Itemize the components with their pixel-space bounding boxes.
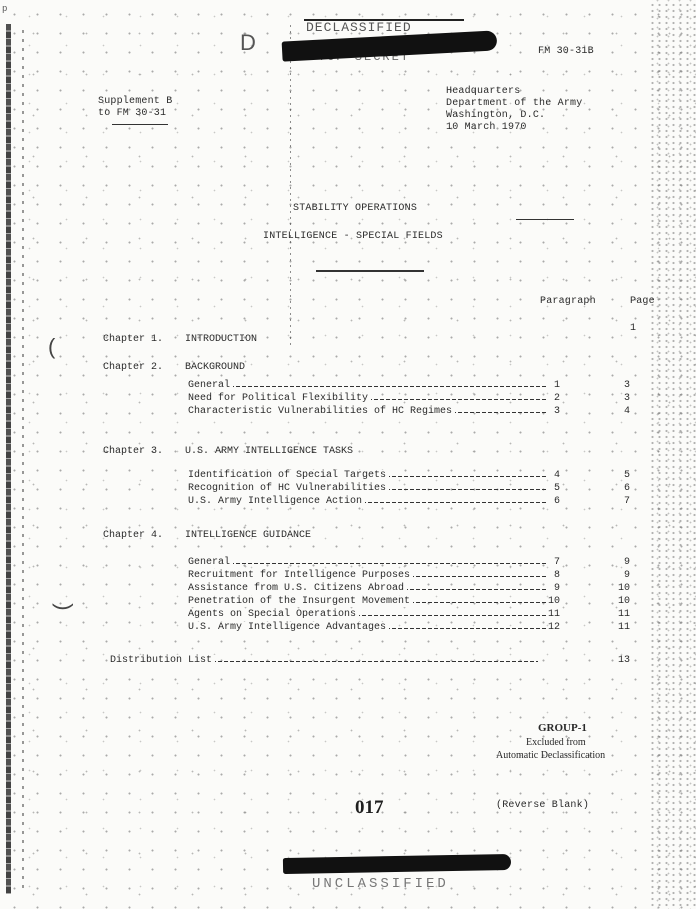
- supplement-line-2: to FM 30-31: [98, 108, 166, 119]
- declassified-stamp: DECLASSIFIED: [306, 20, 412, 35]
- stamp-letter: D: [240, 30, 256, 56]
- group-marking-line-3: Automatic Declassification: [496, 750, 605, 761]
- redaction-bar-bottom: [283, 854, 511, 874]
- toc-entry: U.S. Army Intelligence Action67: [188, 496, 608, 508]
- unclassified-stamp: UNCLASSIFIED: [312, 876, 449, 892]
- toc-entry: General13: [188, 380, 608, 392]
- group-marking: GROUP-1: [538, 722, 587, 734]
- toc-entry: Agents on Special Operations1111: [188, 609, 608, 621]
- chapter-title: BACKGROUND: [185, 362, 245, 373]
- group-marking-line-2: Excluded from: [526, 737, 586, 748]
- toc-entry: Assistance from U.S. Citizens Abroad910: [188, 583, 608, 595]
- scan-edge-noise: [648, 0, 696, 909]
- toc-chapter-2: Chapter 2.BACKGROUND: [103, 362, 245, 373]
- toc-entry: Need for Political Flexibility23: [188, 393, 608, 405]
- reverse-blank-note: (Reverse Blank): [496, 800, 589, 811]
- toc-entry: Identification of Special Targets45: [188, 470, 608, 482]
- toc-chapter-4: Chapter 4.INTELLIGENCE GUIDANCE: [103, 530, 311, 541]
- supplement-underline: [112, 124, 168, 125]
- toc-distribution-list: Distribution List13: [110, 655, 608, 667]
- chapter-label: Chapter 1.: [103, 334, 185, 345]
- supplement-line-1: Supplement B: [98, 96, 172, 107]
- column-header-page: Page: [630, 296, 655, 307]
- issuer-line-2: Department of the Army: [446, 98, 582, 109]
- column-header-paragraph: Paragraph: [540, 296, 596, 307]
- chapter-label: Chapter 3.: [103, 446, 185, 457]
- toc-chapter-3: Chapter 3.U.S. ARMY INTELLIGENCE TASKS: [103, 446, 353, 457]
- chapter-label: Chapter 2.: [103, 362, 185, 373]
- form-number: FM 30-31B: [538, 46, 594, 57]
- toc-entry: General79: [188, 557, 608, 569]
- chapter-title: U.S. ARMY INTELLIGENCE TASKS: [185, 446, 353, 457]
- toc-entry: Penetration of the Insurgent Movement101…: [188, 596, 608, 608]
- page-number: 017: [355, 797, 384, 819]
- chapter-label: Chapter 4.: [103, 530, 185, 541]
- chapter-1-page: 1: [630, 323, 636, 334]
- corner-mark: p: [2, 4, 7, 14]
- issuer-line-1: Headquarters: [446, 86, 520, 97]
- toc-entry: Characteristic Vulnerabilities of HC Reg…: [188, 406, 608, 418]
- issuer-date: 10 March 1970: [446, 122, 527, 133]
- toc-entry: U.S. Army Intelligence Advantages1211: [188, 622, 608, 634]
- chapter-title: INTRODUCTION: [185, 334, 257, 345]
- title-side-rule: [516, 219, 574, 220]
- binding-edge: [6, 24, 11, 894]
- punch-hole-mark: (: [48, 334, 55, 360]
- punch-hole-mark: (: [49, 603, 75, 610]
- binding-holes: [22, 30, 24, 890]
- toc-entry: Recognition of HC Vulnerabilities56: [188, 483, 608, 495]
- issuer-line-3: Washington, D.C.: [446, 110, 545, 121]
- toc-entry: Recruitment for Intelligence Purposes89: [188, 570, 608, 582]
- document-title-line-2: INTELLIGENCE - SPECIAL FIELDS: [263, 231, 443, 242]
- toc-chapter-1: Chapter 1.INTRODUCTION: [103, 334, 257, 345]
- title-underline: [316, 270, 424, 272]
- chapter-title: INTELLIGENCE GUIDANCE: [185, 530, 311, 541]
- document-title-line-1: STABILITY OPERATIONS: [293, 203, 417, 214]
- fold-line: [290, 25, 291, 345]
